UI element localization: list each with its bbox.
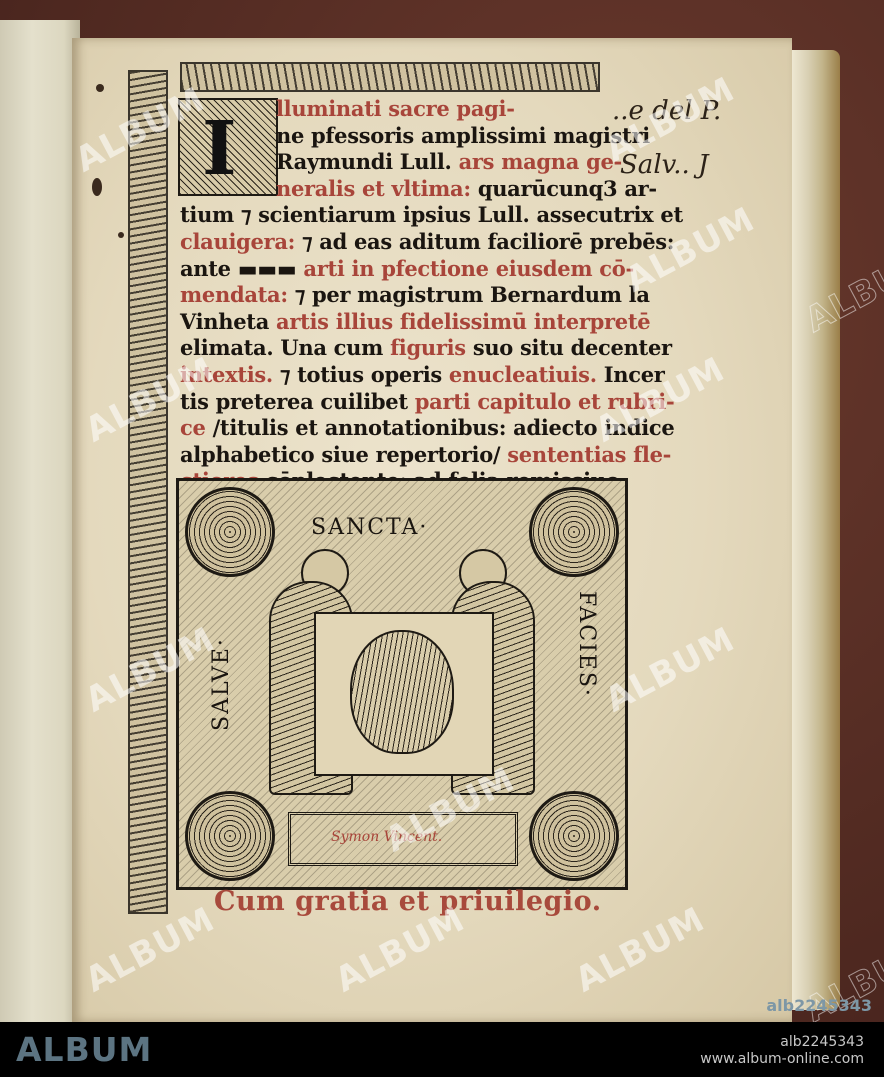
body-text: elimata. Una cum (180, 335, 390, 360)
title-line: elimata. Una cum figuris suo situ decent… (180, 335, 630, 362)
album-logo[interactable]: ALBUM (16, 1030, 152, 1069)
title-line: intextis. ⁊ totius operis enucleatiuis. … (180, 362, 630, 389)
title-line: neralis et vltima: quarūcunq3 ar- (180, 176, 630, 203)
title-line: clauigera: ⁊ ad eas aditum faciliorē pre… (180, 229, 630, 256)
body-text: tis preterea cuilibet (180, 389, 415, 414)
footer-bar: ALBUM alb2245343 www.album-online.com (0, 1022, 884, 1077)
book-photograph: I lluminati sacre pagi-ne pfessoris ampl… (0, 0, 884, 1022)
body-text: Raymundi Lull. (276, 149, 459, 174)
ornamental-border-left (128, 70, 168, 914)
image-credit: alb2245343 www.album-online.com (700, 1034, 864, 1068)
rubric-text: mendata: (180, 282, 295, 307)
rubric-text: artis illius fidelissimū interpretē (276, 309, 650, 334)
title-line: ne pfessoris amplissimi magistri (180, 123, 630, 150)
wormhole (92, 178, 102, 196)
flyleaf (0, 20, 80, 1022)
body-text: tium ⁊ scientiarum ipsius Lull. assecutr… (180, 202, 683, 227)
rubric-text: arti in pfectione eiusdem cō- (303, 256, 634, 281)
title-line: ce /titulis et annotationibus: adiecto i… (180, 415, 630, 442)
rubric-text: lluminati sacre pagi- (276, 96, 515, 121)
body-text: Vinheta (180, 309, 276, 334)
body-text: alphabetico siue repertorio/ (180, 442, 507, 467)
body-text: ante ▬▬▬ (180, 256, 303, 281)
body-text: ⁊ ad eas aditum faciliorē prebēs: (302, 229, 674, 254)
title-line: tis preterea cuilibet parti capitulo et … (180, 389, 630, 416)
rubric-text: enucleatiuis. (449, 362, 604, 387)
wormhole (96, 84, 104, 92)
image-id-stamp: alb2245343 (766, 996, 872, 1015)
rubric-text: sententias fle- (507, 442, 671, 467)
body-text: suo situ decenter (473, 335, 672, 360)
body-text: ⁊ totius operis (280, 362, 449, 387)
evangelist-medallion (185, 791, 275, 881)
banner-facies: FACIES· (574, 591, 599, 698)
website-link[interactable]: www.album-online.com (700, 1051, 864, 1068)
title-line: mendata: ⁊ per magistrum Bernardum la (180, 282, 630, 309)
holy-face (350, 630, 454, 754)
wormhole (118, 232, 124, 238)
body-text: ⁊ per magistrum Bernardum la (295, 282, 650, 307)
evangelist-medallion (529, 487, 619, 577)
title-line: tium ⁊ scientiarum ipsius Lull. assecutr… (180, 202, 630, 229)
title-line: lluminati sacre pagi- (180, 96, 630, 123)
rubric-text: ce (180, 415, 213, 440)
title-line: Raymundi Lull. ars magna ge- (180, 149, 630, 176)
body-text: ne pfessoris amplissimi magistri (276, 123, 650, 148)
rubric-text: clauigera: (180, 229, 302, 254)
ornamental-border-top (180, 62, 600, 92)
title-line: alphabetico siue repertorio/ sententias … (180, 442, 630, 469)
banner-sancta: SANCTA· (311, 515, 428, 540)
rubric-text: ars magna ge- (459, 149, 622, 174)
title-line: ante ▬▬▬ arti in pfectione eiusdem cō- (180, 256, 630, 283)
rubric-text: neralis et vltima: (276, 176, 478, 201)
rubric-text: figuris (390, 335, 473, 360)
evangelist-medallion (529, 791, 619, 881)
title-text-block: lluminati sacre pagi-ne pfessoris amplis… (180, 96, 630, 495)
evangelist-medallion (185, 487, 275, 577)
image-id: alb2245343 (700, 1034, 864, 1051)
title-line: Vinheta artis illius fidelissimū interpr… (180, 309, 630, 336)
colophon: Cum gratia et priuilegio. (214, 886, 602, 917)
